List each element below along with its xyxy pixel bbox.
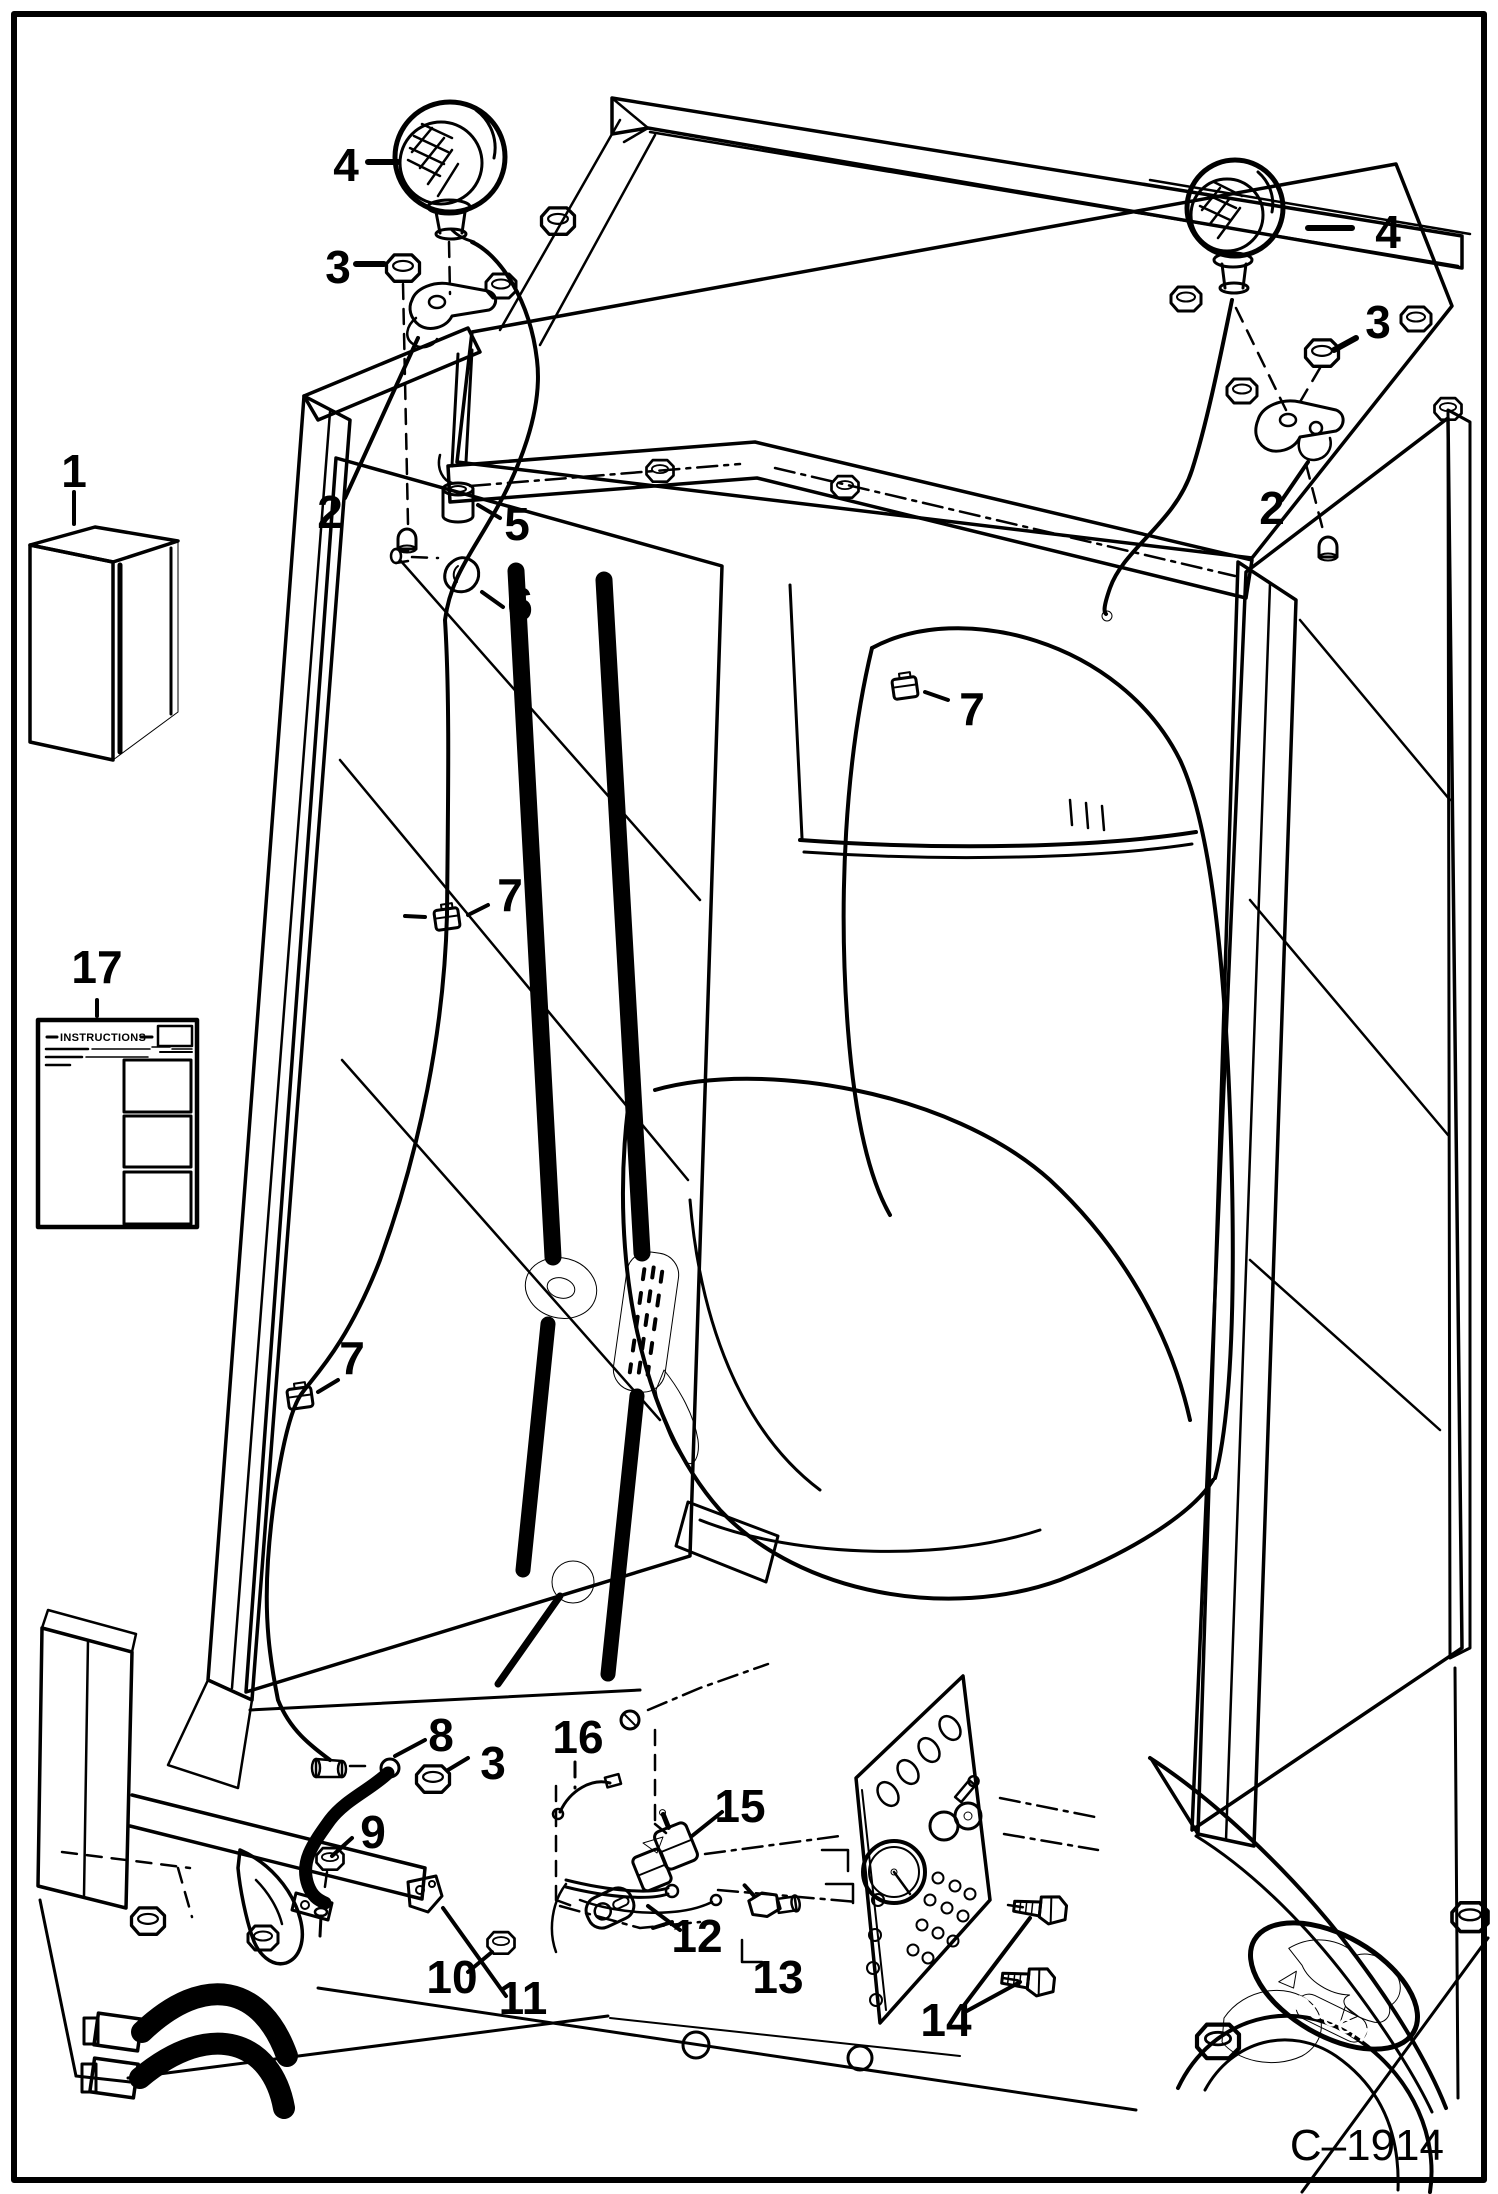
- rear-window: [790, 585, 1196, 858]
- callout-14: 14: [920, 1994, 972, 2046]
- switch-12: [631, 1848, 672, 1893]
- leader-lines: [74, 162, 1356, 2012]
- bolt-14-a: [1013, 1892, 1068, 1925]
- work-light-right: [1187, 160, 1283, 293]
- bracket-2-left: [410, 283, 496, 328]
- control-panel: [856, 1676, 990, 2023]
- right-mesh-panel: [1192, 418, 1462, 1830]
- work-light-left: [395, 102, 505, 242]
- callout-7-low: 7: [339, 1332, 365, 1384]
- roof-rear-beam: [612, 98, 1470, 268]
- callout-2-left: 2: [317, 486, 343, 538]
- callout-11: 11: [499, 1972, 548, 2024]
- figure-code: C–1914: [1290, 2121, 1444, 2170]
- callout-8: 8: [428, 1709, 454, 1761]
- clip-7-top: [891, 671, 918, 699]
- roof-mesh: [457, 120, 1452, 558]
- part-6-clamp: [391, 549, 479, 592]
- key-switch: [930, 1774, 981, 1840]
- parts-diagram-page: C–1914: [0, 0, 1498, 2194]
- clip-7-low: [286, 1381, 313, 1409]
- switch-cluster: [552, 1664, 1100, 1952]
- callout-3-left: 3: [325, 241, 351, 293]
- callout-4-right: 4: [1375, 206, 1401, 258]
- callout-3-bottom: 3: [480, 1737, 506, 1789]
- callout-7-top: 7: [959, 683, 985, 735]
- callout-16: 16: [552, 1711, 603, 1763]
- callout-15: 15: [714, 1780, 765, 1832]
- right-c-pillar: [1152, 562, 1296, 1846]
- callout-4-left: 4: [333, 139, 359, 191]
- steering-levers: [498, 571, 778, 1684]
- hydraulic-hoses: [82, 1994, 287, 2108]
- callout-5: 5: [504, 498, 530, 550]
- callout-2-right: 2: [1259, 482, 1285, 534]
- callout-13: 13: [752, 1951, 803, 2003]
- callout-1: 1: [61, 445, 87, 497]
- callout-12: 12: [671, 1910, 722, 1962]
- switch-13: [745, 1878, 801, 1919]
- page-border: [14, 14, 1484, 2180]
- lever-grip: [611, 1249, 682, 1395]
- light-mount-right: [1236, 308, 1343, 561]
- callout-6: 6: [507, 578, 533, 630]
- callout-17: 17: [71, 941, 122, 993]
- nut-3-right: [1306, 340, 1339, 366]
- nut-3-bottom: [417, 1766, 450, 1792]
- instruction-sheet: INSTRUCTIONS: [38, 1020, 197, 1227]
- wiring-harness: [267, 242, 1232, 1760]
- nut-3-left: [387, 255, 420, 281]
- lever-ring-handle: [518, 1250, 603, 1327]
- gauge: [863, 1841, 925, 1903]
- callout-7-mid: 7: [497, 869, 523, 921]
- part-1-box: [30, 527, 178, 760]
- callout-9: 9: [360, 1806, 386, 1858]
- callout-3-right: 3: [1365, 296, 1391, 348]
- callout-10: 10: [426, 1951, 477, 2003]
- bolt-14-b: [1001, 1964, 1056, 1997]
- exploded-parts-diagram: C–1914: [0, 0, 1498, 2194]
- left-mesh-panel: [246, 458, 722, 1692]
- part-8-fitting: [312, 1759, 372, 1777]
- roof-nuts: [486, 208, 1462, 498]
- instructions-title: INSTRUCTIONS: [60, 1032, 146, 1044]
